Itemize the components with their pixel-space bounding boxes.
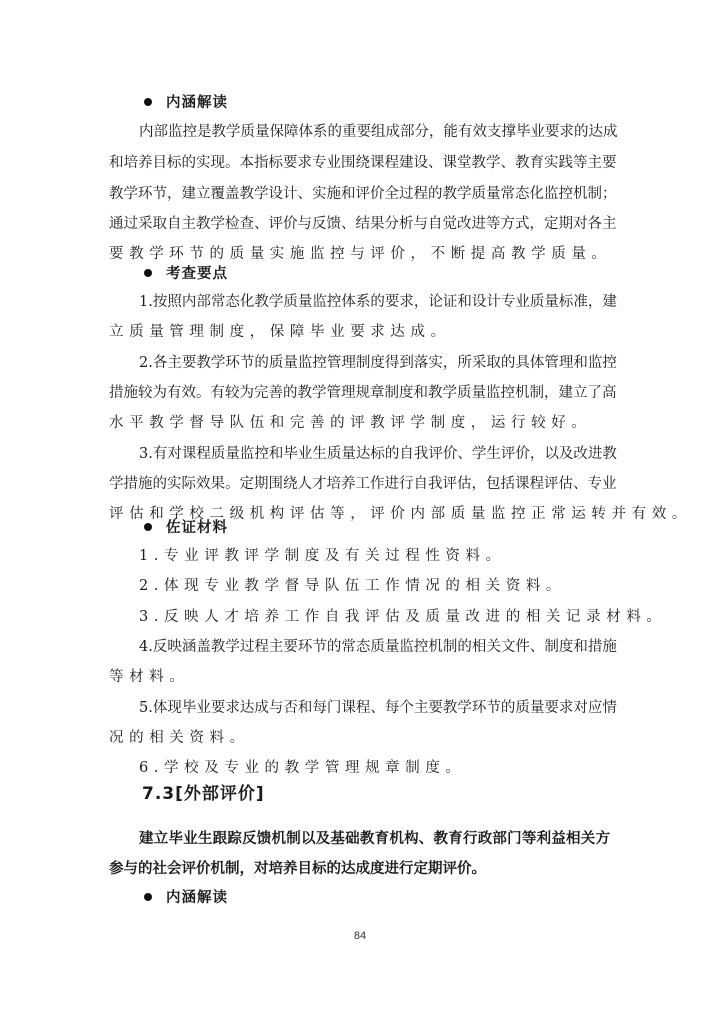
bullet-icon bbox=[144, 98, 152, 106]
list-item-line: 立质量管理制度，保障毕业要求达成。 bbox=[109, 322, 610, 342]
list-item-line: 等材料。 bbox=[109, 667, 610, 687]
standard-line: 建立毕业生跟踪反馈机制以及基础教育机构、教育行政部门等利益相关方 bbox=[139, 829, 610, 849]
list-item-line: 况的相关资料。 bbox=[109, 728, 610, 748]
bullet-icon bbox=[144, 893, 152, 901]
paragraph-line: 教学环节，建立覆盖教学设计、实施和评价全过程的教学质量常态化监控机制； bbox=[109, 184, 610, 204]
list-item-line: 2.体现专业教学督导队伍工作情况的相关资料。 bbox=[139, 576, 610, 596]
heading-connotation-2: 内涵解读 bbox=[144, 888, 228, 908]
list-item-line: 学措施的实际效果。定期围绕人才培养工作进行自我评估，包括课程评估、专业 bbox=[109, 474, 610, 494]
page-number: 84 bbox=[0, 930, 720, 942]
paragraph-line: 通过采取自主教学检查、评价与反馈、结果分析与自觉改进等方式，定期对各主 bbox=[109, 214, 610, 234]
paragraph-line: 内部监控是教学质量保障体系的重要组成部分，能有效支撑毕业要求的达成 bbox=[139, 122, 610, 142]
bullet-icon bbox=[144, 269, 152, 277]
heading-text: 佐证材料 bbox=[166, 520, 228, 536]
list-item-line: 水平教学督导队伍和完善的评教评学制度，运行较好。 bbox=[109, 413, 610, 433]
list-item-line: 2.各主要教学环节的质量监控管理制度得到落实，所采取的具体管理和监控 bbox=[139, 353, 610, 373]
heading-connotation: 内涵解读 bbox=[144, 93, 228, 113]
heading-text: 内涵解读 bbox=[166, 890, 228, 906]
paragraph-line: 要教学环节的质量实施监控与评价，不断提高教学质量。 bbox=[109, 244, 610, 264]
list-item-line: 6.学校及专业的教学管理规章制度。 bbox=[139, 758, 610, 778]
section-title: 7.3[外部评价] bbox=[142, 783, 265, 805]
document-page: 内涵解读 内部监控是教学质量保障体系的重要组成部分，能有效支撑毕业要求的达成 和… bbox=[0, 0, 720, 1018]
list-item-line: 1.专业评教评学制度及有关过程性资料。 bbox=[139, 546, 610, 566]
heading-evidence: 佐证材料 bbox=[144, 518, 228, 538]
list-item-line: 4.反映涵盖教学过程主要环节的常态质量监控机制的相关文件、制度和措施 bbox=[139, 637, 610, 657]
list-item-line: 1.按照内部常态化教学质量监控体系的要求，论证和设计专业质量标准，建 bbox=[139, 292, 610, 312]
paragraph-line: 和培养目标的实现。本指标要求专业围绕课程建设、课堂教学、教育实践等主要 bbox=[109, 153, 610, 173]
heading-text: 考查要点 bbox=[166, 266, 228, 282]
bullet-icon bbox=[144, 523, 152, 531]
list-item-line: 措施较为有效。有较为完善的教学管理规章制度和教学质量监控机制，建立了高 bbox=[109, 383, 610, 403]
heading-text: 内涵解读 bbox=[166, 95, 228, 111]
heading-key-points: 考查要点 bbox=[144, 264, 228, 284]
list-item-line: 3.反映人才培养工作自我评估及质量改进的相关记录材料。 bbox=[139, 607, 610, 627]
list-item-line: 5.体现毕业要求达成与否和每门课程、每个主要教学环节的质量要求对应情 bbox=[139, 698, 610, 718]
list-item-line: 3.有对课程质量监控和毕业生质量达标的自我评价、学生评价，以及改进教 bbox=[139, 444, 610, 464]
standard-line: 参与的社会评价机制，对培养目标的达成度进行定期评价。 bbox=[109, 859, 610, 879]
